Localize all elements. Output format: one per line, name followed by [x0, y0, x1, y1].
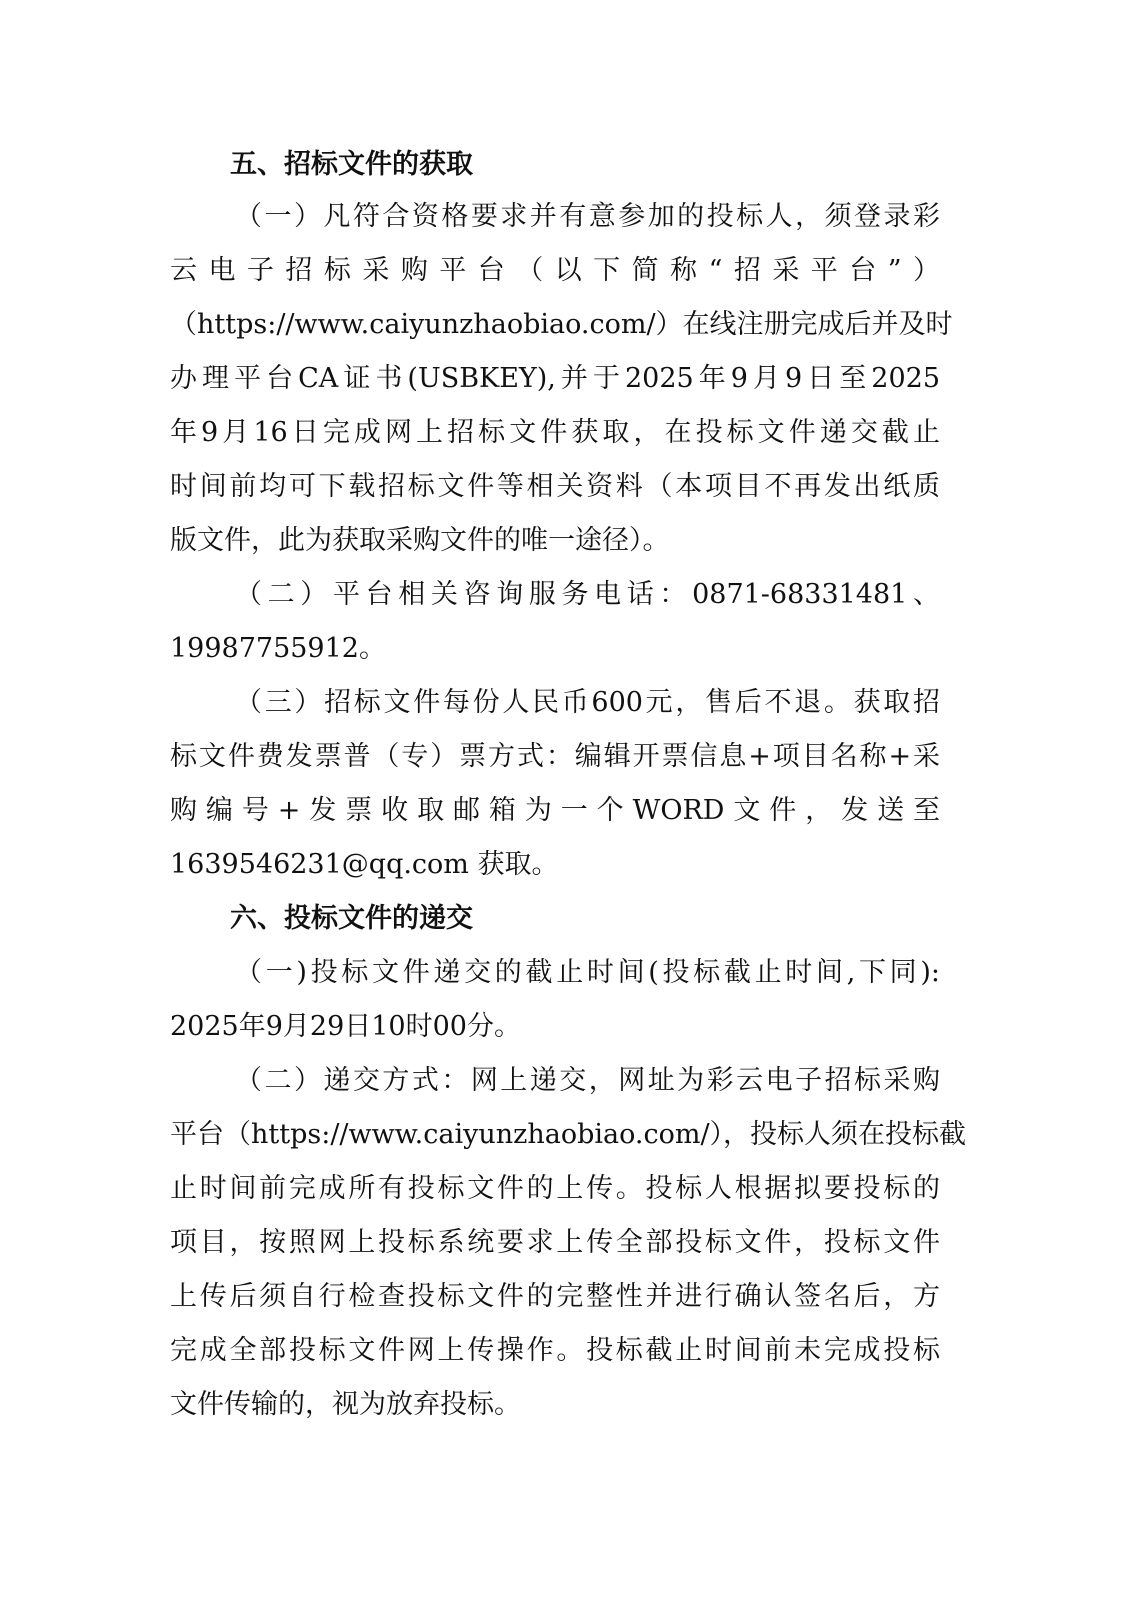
paragraph-line: 云电子招标采购平台（以下简称“招采平台”）	[170, 244, 940, 298]
section-heading-6: 六、投标文件的递交	[230, 892, 473, 946]
paragraph-line: （三）招标文件每份人民币600元，售后不退。获取招	[235, 676, 940, 730]
paragraph-line: 购编号+发票收取邮箱为一个WORD文件，发送至	[170, 784, 940, 838]
paragraph-line: （一)投标文件递交的截止时间(投标截止时间,下同):	[235, 946, 940, 1000]
paragraph-line: 1639546231@qq.com 获取。	[170, 838, 940, 892]
paragraph-line: 2025年9月29日10时00分。	[170, 1000, 940, 1054]
paragraph-line: （一）凡符合资格要求并有意参加的投标人，须登录彩	[235, 190, 940, 244]
paragraph-line: 19987755912。	[170, 622, 940, 676]
paragraph-line: 版文件，此为获取采购文件的唯一途径）。	[170, 514, 940, 568]
paragraph-line: 时间前均可下载招标文件等相关资料（本项目不再发出纸质	[170, 460, 940, 514]
paragraph-line: （https://www.caiyunzhaobiao.com/）在线注册完成后…	[170, 298, 940, 352]
paragraph-line: 平台（https://www.caiyunzhaobiao.com/），投标人须…	[170, 1108, 940, 1162]
paragraph-line: 年9月16日完成网上招标文件获取，在投标文件递交截止	[170, 406, 940, 460]
paragraph-line: 止时间前完成所有投标文件的上传。投标人根据拟要投标的	[170, 1162, 940, 1216]
paragraph-line: （二）递交方式：网上递交，网址为彩云电子招标采购	[235, 1054, 940, 1108]
paragraph-line: 文件传输的，视为放弃投标。	[170, 1378, 940, 1432]
paragraph-line: 标文件费发票普（专）票方式：编辑开票信息+项目名称+采	[170, 730, 940, 784]
paragraph-line: 完成全部投标文件网上传操作。投标截止时间前未完成投标	[170, 1324, 940, 1378]
paragraph-line: 办理平台CA证书(USBKEY),并于2025年9月9日至2025	[170, 352, 940, 406]
section-heading-5: 五、招标文件的获取	[230, 138, 473, 192]
document-page: 五、招标文件的获取 （一）凡符合资格要求并有意参加的投标人，须登录彩 云电子招标…	[0, 0, 1131, 1600]
paragraph-line: 上传后须自行检查投标文件的完整性并进行确认签名后，方	[170, 1270, 940, 1324]
paragraph-line: 项目，按照网上投标系统要求上传全部投标文件，投标文件	[170, 1216, 940, 1270]
paragraph-line: （二）平台相关咨询服务电话：0871-68331481、	[235, 568, 940, 622]
